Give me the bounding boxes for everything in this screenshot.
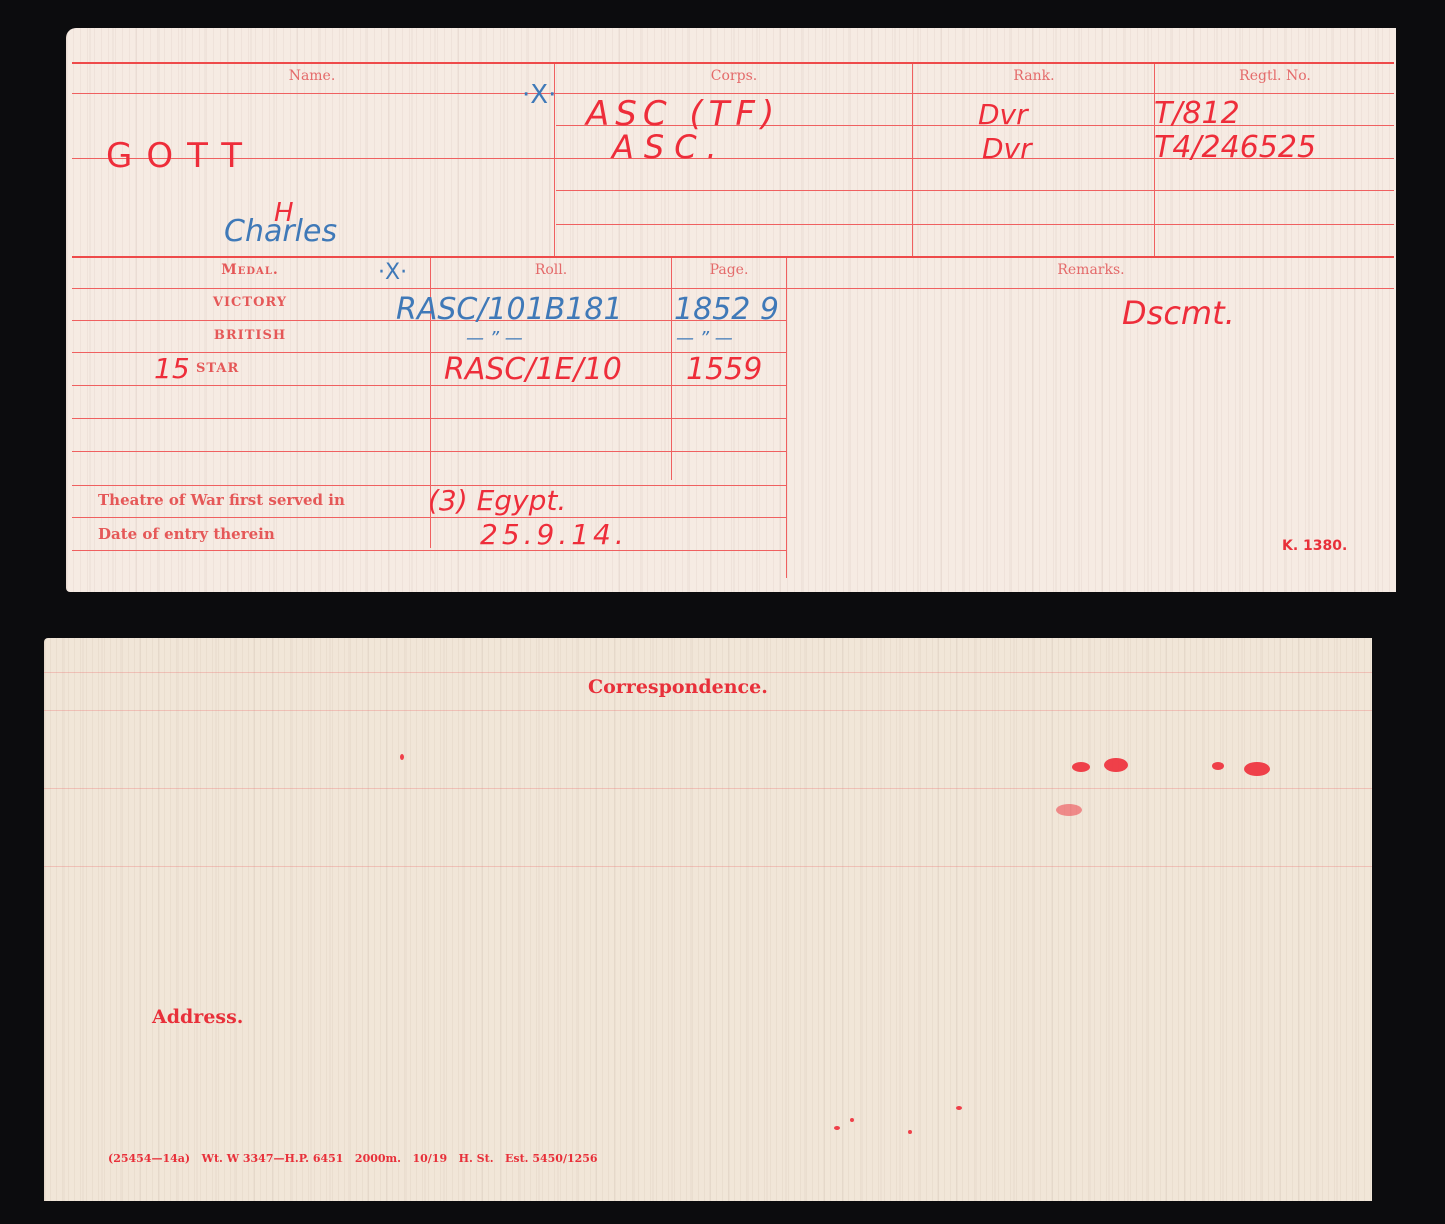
medal-star-label: Star [196,361,239,376]
medal-victory-label: Victory [72,295,428,310]
divider [671,258,672,480]
faint-rule [44,710,1372,711]
rule [72,62,1394,64]
medal-index-card-back: Correspondence. Address. (25454—14a) Wt.… [44,638,1372,1201]
ink-blot [400,754,404,760]
ink-blot [1244,762,1270,776]
rank-value-1: Dvr [978,98,1028,131]
faint-rule [44,866,1372,867]
name-header: Name. [72,68,552,84]
rank-header: Rank. [914,68,1154,84]
roll-star-value: RASC/1E/10 [444,352,622,387]
roll-header: Roll. [432,262,670,278]
faint-rule [44,672,1372,673]
check-mark: ·X· [378,260,407,285]
print-line: (25454—14a) Wt. W 3347—H.P. 6451 2000m. … [108,1152,598,1165]
rule [556,224,1394,225]
ink-blot [1104,758,1128,772]
rule [72,256,1394,258]
corps-value-2: ASC. [612,128,727,166]
ink-blot [850,1118,854,1122]
regtl-no-header: Regtl. No. [1156,68,1394,84]
rule [72,288,1394,289]
correspondence-label: Correspondence. [588,676,768,698]
regtl-no-value-1: T/812 [1154,96,1240,131]
page-header: Page. [673,262,785,278]
page-star-value: 1559 [686,352,762,387]
corps-header: Corps. [556,68,912,84]
roll-victory-value: RASC/101B181 [396,292,623,327]
surname-value: GOTT [106,136,256,176]
theatre-value: (3) Egypt. [428,484,566,517]
divider [786,258,787,578]
date-label: Date of entry therein [98,525,275,543]
rank-value-2: Dvr [982,132,1032,165]
remarks-value: Dscmt. [1122,294,1235,332]
ink-blot [834,1126,840,1130]
regtl-no-value-2: T4/246525 [1154,130,1316,165]
ink-blot [1212,762,1224,770]
faint-rule [44,788,1372,789]
ink-blot [908,1130,912,1134]
rule [556,190,1394,191]
ink-blot [956,1106,962,1110]
form-number: K. 1380. [1282,538,1347,554]
roll-british-value: — ” — [466,328,523,349]
ink-blot [1072,762,1090,772]
ink-blot [1056,804,1082,816]
medal-index-card-front: Name. Corps. Rank. Regtl. No. GOTT H Cha… [66,28,1396,592]
theatre-label: Theatre of War first served in [98,491,345,509]
remarks-header: Remarks. [788,262,1394,278]
page-victory-value: 1852 9 [674,292,779,327]
medal-header: Medal. [72,262,428,278]
star-prefix: 15 [154,352,190,385]
check-mark: ·X· [522,80,556,110]
address-label: Address. [152,1006,243,1028]
divider [912,64,913,256]
page-british-value: — ” — [676,328,733,349]
date-value: 25.9.14. [480,518,628,551]
forename-value: Charles [224,214,337,249]
rule [72,550,787,551]
medal-british-label: British [72,328,428,343]
